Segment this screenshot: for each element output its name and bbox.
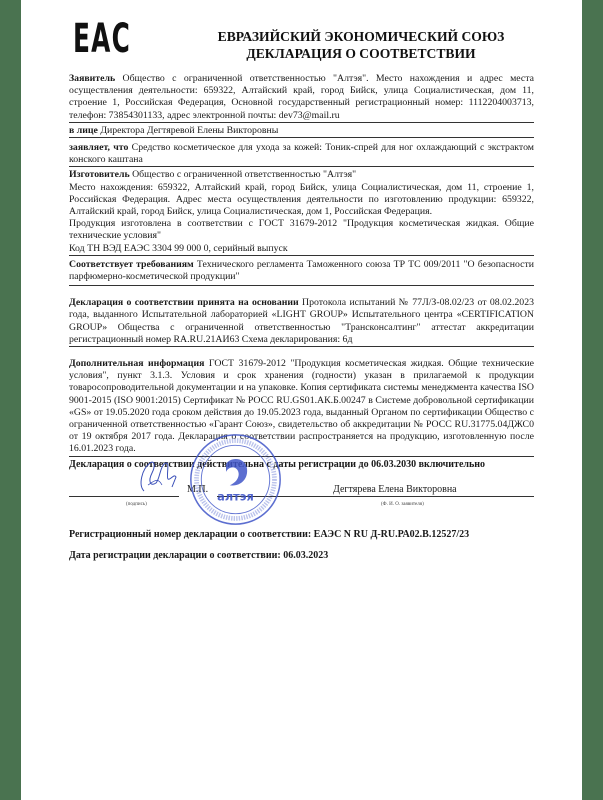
basis-label: Декларация о соответствии принята на осн… [69,297,299,308]
basis-section: Декларация о соответствии принята на осн… [69,297,534,347]
represented-by-label: в лице [69,125,98,136]
represented-by-text: Директора Дегтяревой Елены Викторовны [98,125,278,136]
represented-by-section: в лице Директора Дегтяревой Елены Виктор… [69,123,534,138]
declares-label: заявляет, что [69,142,128,153]
declaration-body: Заявитель Общество с ограниченной ответс… [69,73,534,562]
name-caption: (Ф. И. О. заявителя) [381,499,424,511]
title-line-union: ЕВРАЗИЙСКИЙ ЭКОНОМИЧЕСКИЙ СОЮЗ [171,28,551,45]
signature-line [69,496,179,497]
manufacturer-label: Изготовитель [69,169,130,180]
conforms-label: Соответствует требованиям [69,259,194,270]
declares-section: заявляет, что Средство косметическое для… [69,138,534,167]
eac-logo: EAC [73,17,131,61]
registration-number: Регистрационный номер декларации о соотв… [69,529,534,541]
document-title: ЕВРАЗИЙСКИЙ ЭКОНОМИЧЕСКИЙ СОЮЗ ДЕКЛАРАЦИ… [171,28,551,62]
document-page: EAC ЕВРАЗИЙСКИЙ ЭКОНОМИЧЕСКИЙ СОЮЗ ДЕКЛА… [21,0,582,800]
product-code: Код ТН ВЭД ЕАЭС 3304 99 000 0, серийный … [69,243,534,255]
additional-info-label: Дополнительная информация [69,358,204,369]
signature-row: (подпись) М.П. Дегтярева Елена Викторовн… [69,471,534,523]
title-line-declaration: ДЕКЛАРАЦИЯ О СООТВЕТСТВИИ [171,45,551,62]
applicant-label: Заявитель [69,73,115,84]
additional-info-section: Дополнительная информация ГОСТ 31679-201… [69,358,534,457]
signer-name: Дегтярева Елена Викторовна [333,484,457,496]
declares-text: Средство косметическое для ухода за коже… [69,142,534,165]
manufacturer-section: Изготовитель Общество с ограниченной отв… [69,167,534,255]
registration-date: Дата регистрации декларации о соответств… [69,550,534,562]
seal-mark: М.П. [187,484,208,496]
applicant-section: Заявитель Общество с ограниченной ответс… [69,73,534,123]
manufacturer-standard: Продукция изготовлена в соответствии с Г… [69,218,534,242]
conforms-section: Соответствует требованиям Технического р… [69,256,534,286]
applicant-text: Общество с ограниченной ответственностью… [69,73,534,121]
signature-caption: (подпись) [126,499,147,511]
manufacturer-text: Общество с ограниченной ответственностью… [130,169,356,180]
validity-statement: Декларация о соответствии действительна … [69,457,534,471]
manufacturer-address: Место нахождения: 659322, Алтайский край… [69,182,534,219]
additional-info-text: ГОСТ 31679-2012 "Продукция косметическая… [69,358,534,454]
